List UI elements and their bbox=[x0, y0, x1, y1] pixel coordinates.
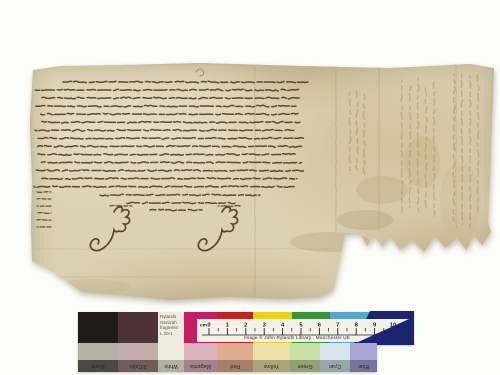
tint-patch-magenta bbox=[184, 343, 217, 360]
label-line-1: Rylands bbox=[160, 314, 184, 320]
label-line-4: L 20-1 bbox=[160, 331, 184, 337]
patch-label-cyan: Cyan bbox=[320, 360, 350, 372]
patch-label-blue: Blue bbox=[350, 360, 377, 372]
patch-label-white: White bbox=[158, 360, 184, 372]
svg-text:9: 9 bbox=[373, 323, 377, 329]
tint-patch-blue bbox=[350, 343, 377, 360]
manuscript-writing bbox=[30, 62, 495, 302]
color-patch-red bbox=[217, 312, 253, 343]
tint-patch-red bbox=[217, 343, 253, 360]
svg-text:4: 4 bbox=[281, 323, 285, 329]
svg-text:2: 2 bbox=[244, 323, 247, 329]
patch-label-text: Cyan bbox=[320, 360, 350, 371]
svg-text:0: 0 bbox=[207, 323, 210, 329]
patch-label-text: White bbox=[158, 360, 184, 371]
color-patch-blue bbox=[353, 311, 414, 345]
copyright-text: Image © John Rylands Library . Mancheste… bbox=[227, 335, 367, 340]
color-patch-black bbox=[78, 312, 118, 343]
patch-label-3/color: 3/Color bbox=[118, 360, 158, 372]
color-patch-green bbox=[292, 312, 330, 343]
svg-text:7: 7 bbox=[336, 323, 339, 329]
patch-label-text: Black bbox=[78, 360, 118, 371]
label-line-2: Genizah bbox=[160, 320, 184, 326]
tint-patch-white bbox=[158, 343, 184, 360]
patch-label-text: 3/Color bbox=[118, 360, 158, 371]
patch-label-text: Red bbox=[217, 360, 253, 371]
patch-label-red: Red bbox=[217, 360, 253, 372]
patch-label-magenta: Magenta bbox=[184, 360, 217, 372]
svg-text:1: 1 bbox=[226, 323, 230, 329]
patch-label-text: Green bbox=[290, 360, 320, 371]
svg-text:cm: cm bbox=[200, 324, 207, 329]
patch-label-text: Yellow bbox=[253, 360, 290, 371]
patch-label-green: Green bbox=[290, 360, 320, 372]
ruler-card: cm012345678910 Image © John Rylands Libr… bbox=[197, 319, 409, 342]
svg-text:8: 8 bbox=[355, 323, 359, 329]
ruler-scale: cm012345678910 bbox=[197, 319, 409, 342]
tint-patch-green bbox=[290, 343, 320, 360]
svg-text:5: 5 bbox=[299, 323, 303, 329]
svg-text:6: 6 bbox=[318, 323, 322, 329]
parchment bbox=[30, 62, 495, 302]
color-patch-yellow bbox=[253, 312, 292, 343]
tint-patch-cyan bbox=[320, 343, 350, 360]
tint-patch-3/color bbox=[118, 343, 158, 360]
fragment-label-card: Rylands Genizah fragment L 20-1 bbox=[158, 312, 184, 345]
label-line-3: fragment bbox=[160, 325, 184, 331]
color-patch-magenta bbox=[184, 312, 217, 343]
patch-label-text: Blue bbox=[350, 360, 377, 371]
svg-text:10: 10 bbox=[390, 323, 396, 329]
color-patch-three-color bbox=[118, 312, 158, 343]
svg-text:3: 3 bbox=[263, 323, 267, 329]
color-patch-cyan bbox=[330, 312, 370, 343]
tint-patch-black bbox=[78, 343, 118, 360]
manuscript-document bbox=[30, 62, 495, 302]
photograph-background: Black3/ColorWhiteMagentaRedYellowGreenCy… bbox=[0, 0, 500, 375]
patch-label-yellow: Yellow bbox=[253, 360, 290, 372]
patch-label-black: Black bbox=[78, 360, 118, 372]
patch-label-text: Magenta bbox=[184, 360, 217, 371]
tint-patch-yellow bbox=[253, 343, 290, 360]
